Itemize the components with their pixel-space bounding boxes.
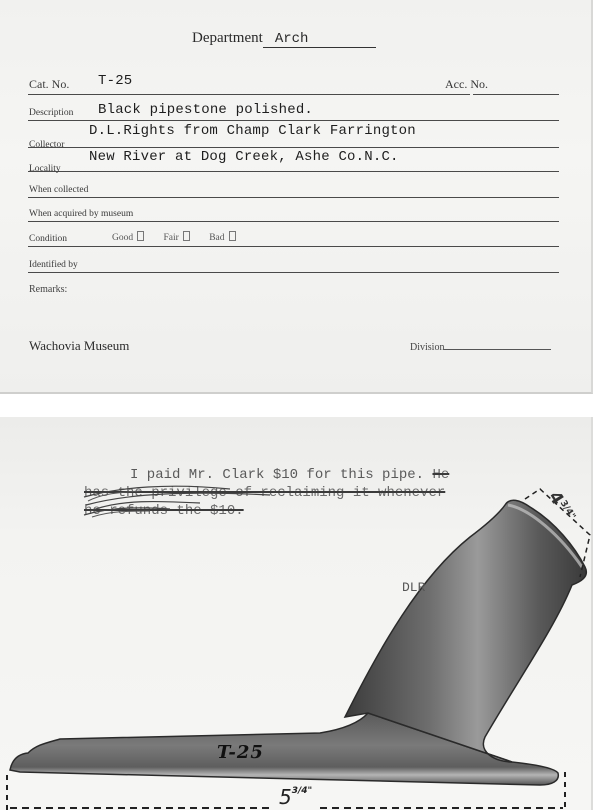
when-collected-label: When collected bbox=[29, 185, 88, 195]
acc-no-label: Acc. No. bbox=[445, 77, 488, 92]
collector-value: D.L.Rights from Champ Clark Farrington bbox=[89, 123, 416, 139]
collector-label: Collector bbox=[29, 140, 64, 150]
condition-row: Condition Good Fair Bad bbox=[28, 226, 559, 247]
catalog-card-front: DepartmentArch Cat. No. T-25 Acc. No. De… bbox=[0, 0, 593, 394]
condition-fair-label: Fair bbox=[164, 233, 179, 243]
identified-by-row: Identified by bbox=[28, 252, 559, 273]
length-unit: " bbox=[308, 786, 313, 796]
condition-label: Condition bbox=[29, 234, 67, 244]
description-label: Description bbox=[29, 108, 73, 118]
division-line bbox=[444, 340, 551, 350]
cat-no-row: Cat. No. T-25 Acc. No. bbox=[28, 74, 559, 95]
division-field: Division bbox=[410, 340, 551, 353]
catalog-card-back: I paid Mr. Clark $10 for this pipe. He h… bbox=[0, 417, 593, 810]
condition-bad-label: Bad bbox=[209, 233, 224, 243]
department-label: Department bbox=[192, 30, 263, 46]
cat-no-value: T-25 bbox=[98, 73, 132, 89]
identified-by-label: Identified by bbox=[29, 260, 78, 270]
locality-value: New River at Dog Creek, Ashe Co.N.C. bbox=[89, 149, 399, 165]
when-acquired-row: When acquired by museum bbox=[28, 201, 559, 222]
description-row: Description Black pipestone polished. bbox=[28, 100, 559, 121]
department-field: DepartmentArch bbox=[192, 30, 376, 48]
division-label: Division bbox=[410, 342, 444, 353]
initials: DLR bbox=[402, 580, 425, 595]
collector-row: Collector D.L.Rights from Champ Clark Fa… bbox=[28, 127, 559, 148]
condition-options: Good Fair Bad bbox=[112, 231, 253, 243]
condition-good-label: Good bbox=[112, 233, 133, 243]
locality-label: Locality bbox=[29, 164, 61, 174]
museum-name: Wachovia Museum bbox=[29, 338, 129, 354]
length-dimension: 53/4" bbox=[276, 785, 315, 809]
condition-fair-checkbox[interactable] bbox=[183, 231, 190, 241]
condition-good-checkbox[interactable] bbox=[137, 231, 144, 241]
length-whole: 5 bbox=[279, 785, 292, 809]
pipe-drawing bbox=[0, 417, 593, 810]
description-value: Black pipestone polished. bbox=[98, 102, 313, 118]
length-fraction: 3/4 bbox=[292, 786, 308, 796]
locality-row: Locality New River at Dog Creek, Ashe Co… bbox=[28, 151, 559, 172]
remarks-label: Remarks: bbox=[29, 284, 67, 295]
condition-bad-checkbox[interactable] bbox=[229, 231, 236, 241]
when-collected-row: When collected bbox=[28, 177, 559, 198]
cat-no-label: Cat. No. bbox=[29, 77, 69, 92]
specimen-label: T-25 bbox=[217, 742, 264, 763]
when-acquired-label: When acquired by museum bbox=[29, 209, 133, 219]
department-value: Arch bbox=[263, 32, 376, 48]
